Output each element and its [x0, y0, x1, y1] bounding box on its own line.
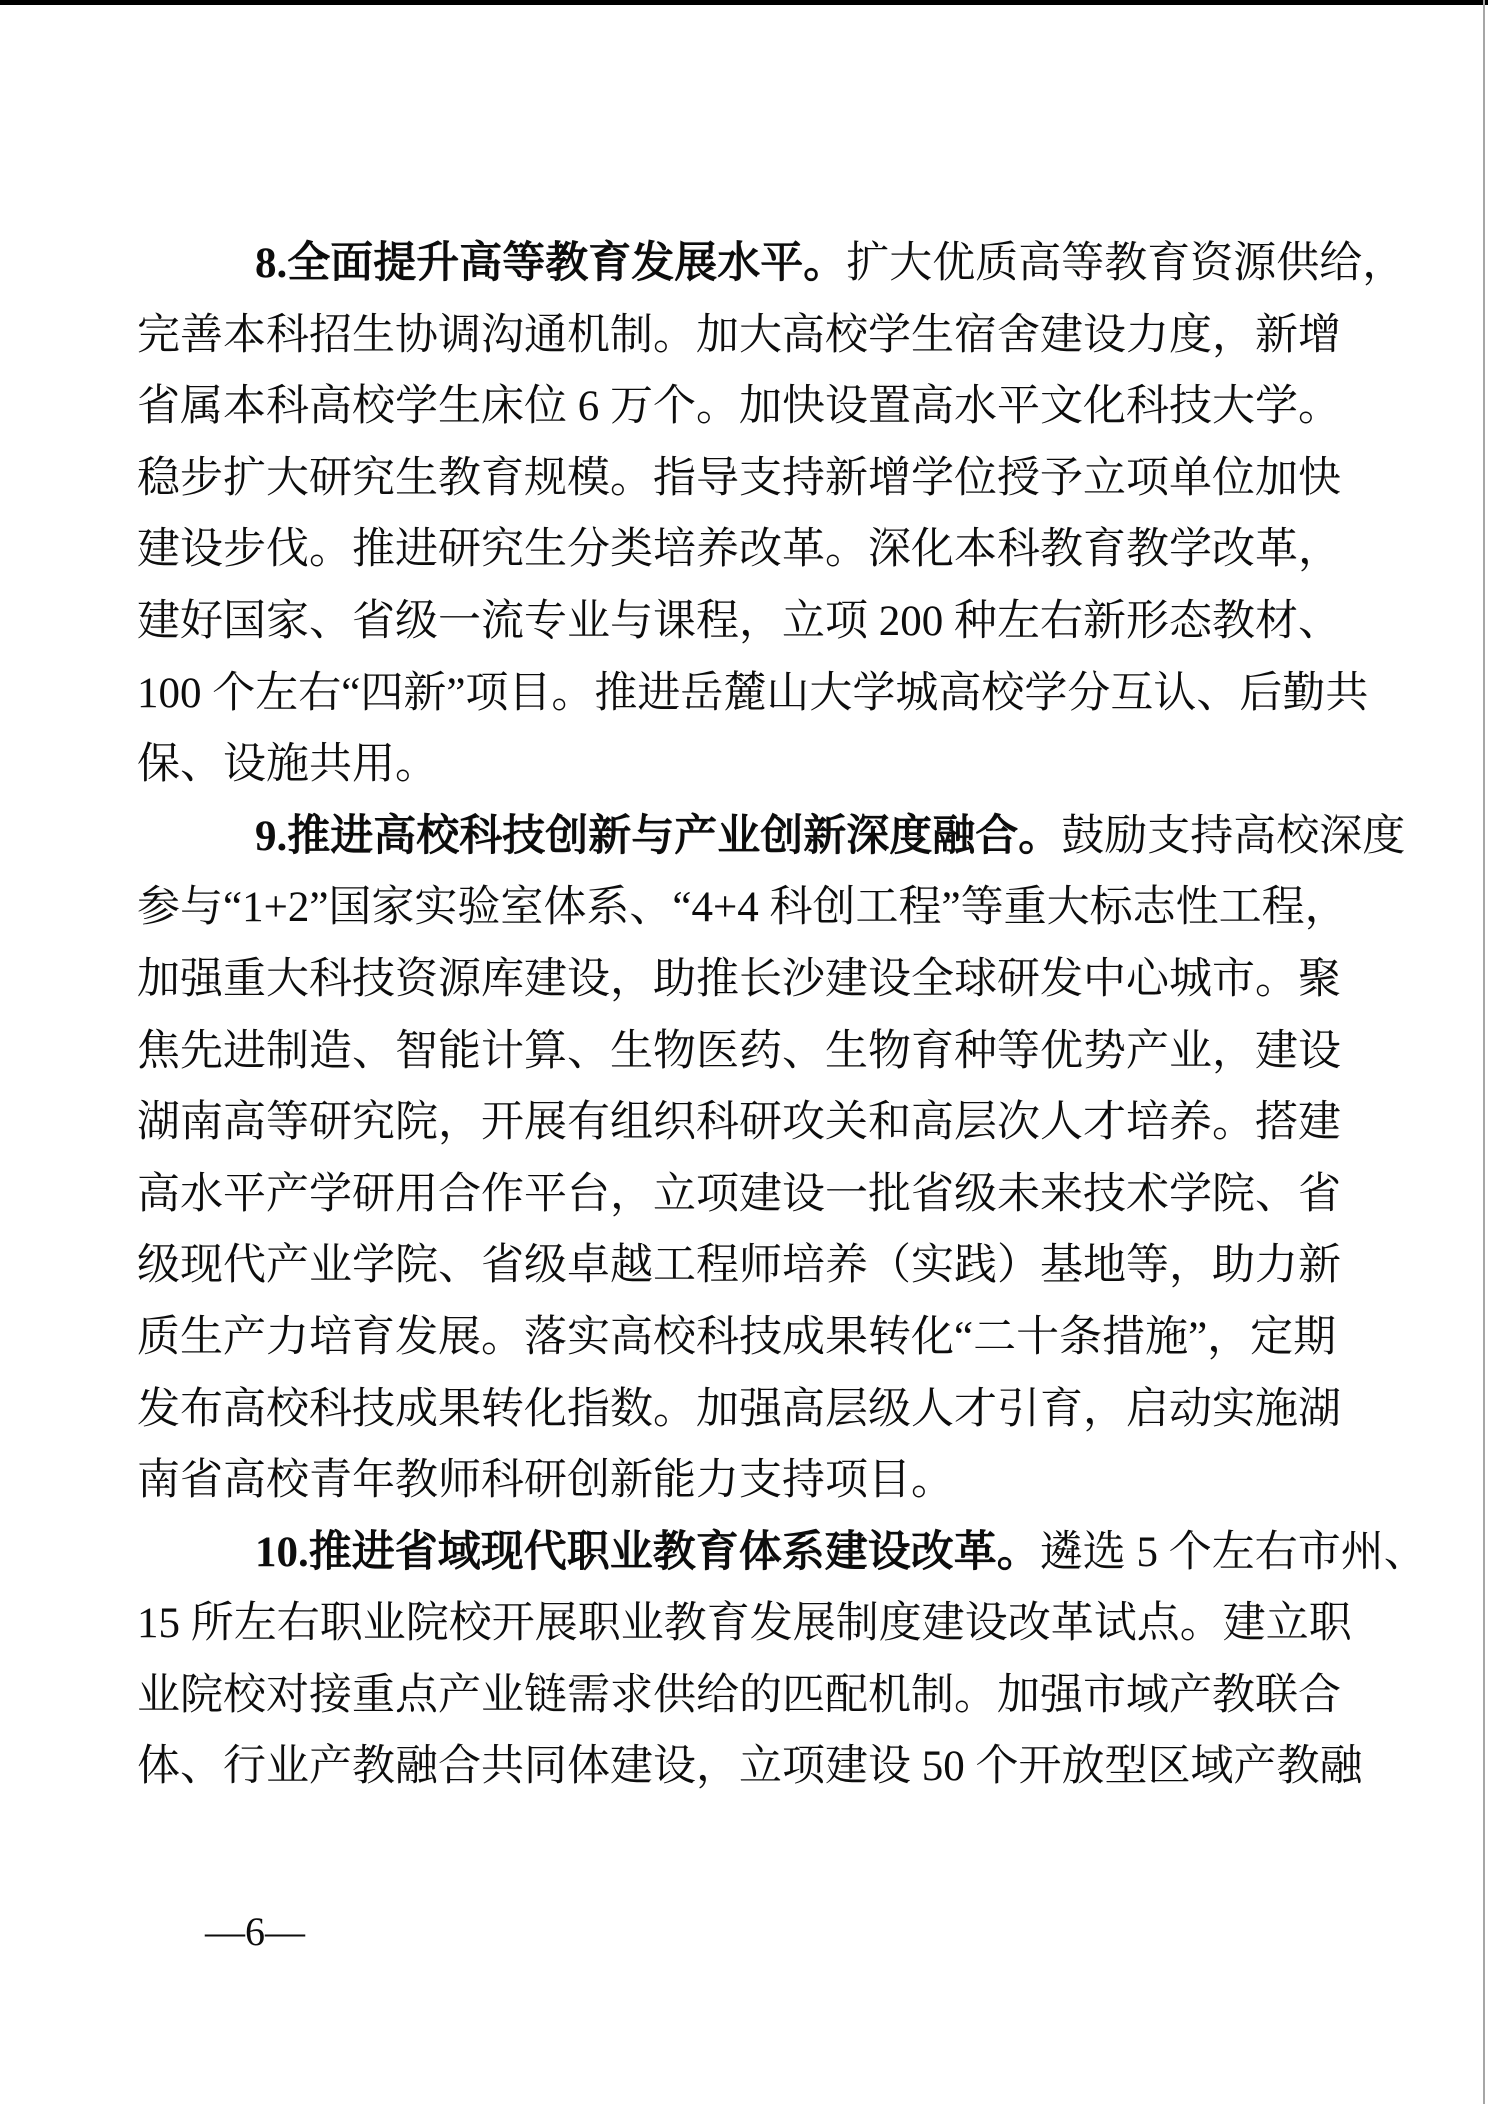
body-text: 省属本科高校学生床位 6 万个。加快设置高水平文化科技大学。 [137, 383, 1341, 430]
text-line: 加强重大科技资源库建设，助推长沙建设全球研发中心城市。聚 [137, 944, 1315, 1016]
body-text: 质生产力培育发展。落实高校科技成果转化“二十条措施”，定期 [137, 1314, 1336, 1361]
document-text-block: 8.全面提升高等教育发展水平。扩大优质高等教育资源供给，完善本科招生协调沟通机制… [137, 228, 1315, 1803]
text-line: 南省高校青年教师科研创新能力支持项目。 [137, 1445, 1315, 1517]
text-line: 级现代产业学院、省级卓越工程师培养（实践）基地等，助力新 [137, 1230, 1315, 1302]
lead-sentence: 10.推进省域现代职业教育体系建设改革。 [255, 1529, 1040, 1576]
lead-sentence: 8.全面提升高等教育发展水平。 [255, 240, 846, 287]
text-line: 质生产力培育发展。落实高校科技成果转化“二十条措施”，定期 [137, 1302, 1315, 1374]
page-number: —6— [205, 1908, 305, 1955]
text-line: 稳步扩大研究生教育规模。指导支持新增学位授予立项单位加快 [137, 443, 1315, 515]
body-text: 保、设施共用。 [137, 741, 438, 788]
text-line: 建设步伐。推进研究生分类培养改革。深化本科教育教学改革， [137, 514, 1315, 586]
text-line: 保、设施共用。 [137, 729, 1315, 801]
body-text: 业院校对接重点产业链需求供给的匹配机制。加强市域产教联合 [137, 1672, 1341, 1719]
text-line: 业院校对接重点产业链需求供给的匹配机制。加强市域产教联合 [137, 1660, 1315, 1732]
lead-sentence: 9.推进高校科技创新与产业创新深度融合。 [255, 813, 1061, 860]
text-line: 10.推进省域现代职业教育体系建设改革。遴选 5 个左右市州、 [137, 1517, 1315, 1589]
body-text: 遴选 5 个左右市州、 [1040, 1529, 1427, 1576]
text-line: 完善本科招生协调沟通机制。加大高校学生宿舍建设力度，新增 [137, 300, 1315, 372]
text-line: 体、行业产教融合共同体建设，立项建设 50 个开放型区域产教融 [137, 1731, 1315, 1803]
text-line: 参与“1+2”国家实验室体系、“4+4 科创工程”等重大标志性工程， [137, 872, 1315, 944]
text-line: 省属本科高校学生床位 6 万个。加快设置高水平文化科技大学。 [137, 371, 1315, 443]
text-line: 100 个左右“四新”项目。推进岳麓山大学城高校学分互认、后勤共 [137, 658, 1315, 730]
page-right-edge [1483, 0, 1485, 2104]
body-text: 南省高校青年教师科研创新能力支持项目。 [137, 1457, 954, 1504]
text-line: 高水平产学研用合作平台，立项建设一批省级未来技术学院、省 [137, 1159, 1315, 1231]
text-line: 9.推进高校科技创新与产业创新深度融合。鼓励支持高校深度 [137, 801, 1315, 873]
body-text: 体、行业产教融合共同体建设，立项建设 50 个开放型区域产教融 [137, 1743, 1363, 1790]
body-text: 100 个左右“四新”项目。推进岳麓山大学城高校学分互认、后勤共 [137, 670, 1368, 717]
text-line: 8.全面提升高等教育发展水平。扩大优质高等教育资源供给， [137, 228, 1315, 300]
text-line: 发布高校科技成果转化指数。加强高层级人才引育，启动实施湖 [137, 1374, 1315, 1446]
text-line: 15 所左右职业院校开展职业教育发展制度建设改革试点。建立职 [137, 1588, 1315, 1660]
body-text: 鼓励支持高校深度 [1061, 813, 1405, 860]
body-text: 完善本科招生协调沟通机制。加大高校学生宿舍建设力度，新增 [137, 312, 1341, 359]
text-line: 焦先进制造、智能计算、生物医药、生物育种等优势产业，建设 [137, 1016, 1315, 1088]
body-text: 建好国家、省级一流专业与课程，立项 200 种左右新形态教材、 [137, 598, 1341, 645]
body-text: 发布高校科技成果转化指数。加强高层级人才引育，启动实施湖 [137, 1386, 1341, 1433]
body-text: 焦先进制造、智能计算、生物医药、生物育种等优势产业，建设 [137, 1028, 1341, 1075]
body-text: 级现代产业学院、省级卓越工程师培养（实践）基地等，助力新 [137, 1242, 1341, 1289]
text-line: 建好国家、省级一流专业与课程，立项 200 种左右新形态教材、 [137, 586, 1315, 658]
body-text: 加强重大科技资源库建设，助推长沙建设全球研发中心城市。聚 [137, 956, 1341, 1003]
body-text: 建设步伐。推进研究生分类培养改革。深化本科教育教学改革， [137, 526, 1341, 573]
body-text: 扩大优质高等教育资源供给， [846, 240, 1405, 287]
body-text: 稳步扩大研究生教育规模。指导支持新增学位授予立项单位加快 [137, 455, 1341, 502]
text-line: 湖南高等研究院，开展有组织科研攻关和高层次人才培养。搭建 [137, 1087, 1315, 1159]
body-text: 参与“1+2”国家实验室体系、“4+4 科创工程”等重大标志性工程， [137, 884, 1348, 931]
body-text: 高水平产学研用合作平台，立项建设一批省级未来技术学院、省 [137, 1171, 1341, 1218]
document-page: 8.全面提升高等教育发展水平。扩大优质高等教育资源供给，完善本科招生协调沟通机制… [0, 0, 1488, 2104]
body-text: 湖南高等研究院，开展有组织科研攻关和高层次人才培养。搭建 [137, 1099, 1341, 1146]
body-text: 15 所左右职业院校开展职业教育发展制度建设改革试点。建立职 [137, 1600, 1352, 1647]
page-top-edge [0, 0, 1488, 5]
